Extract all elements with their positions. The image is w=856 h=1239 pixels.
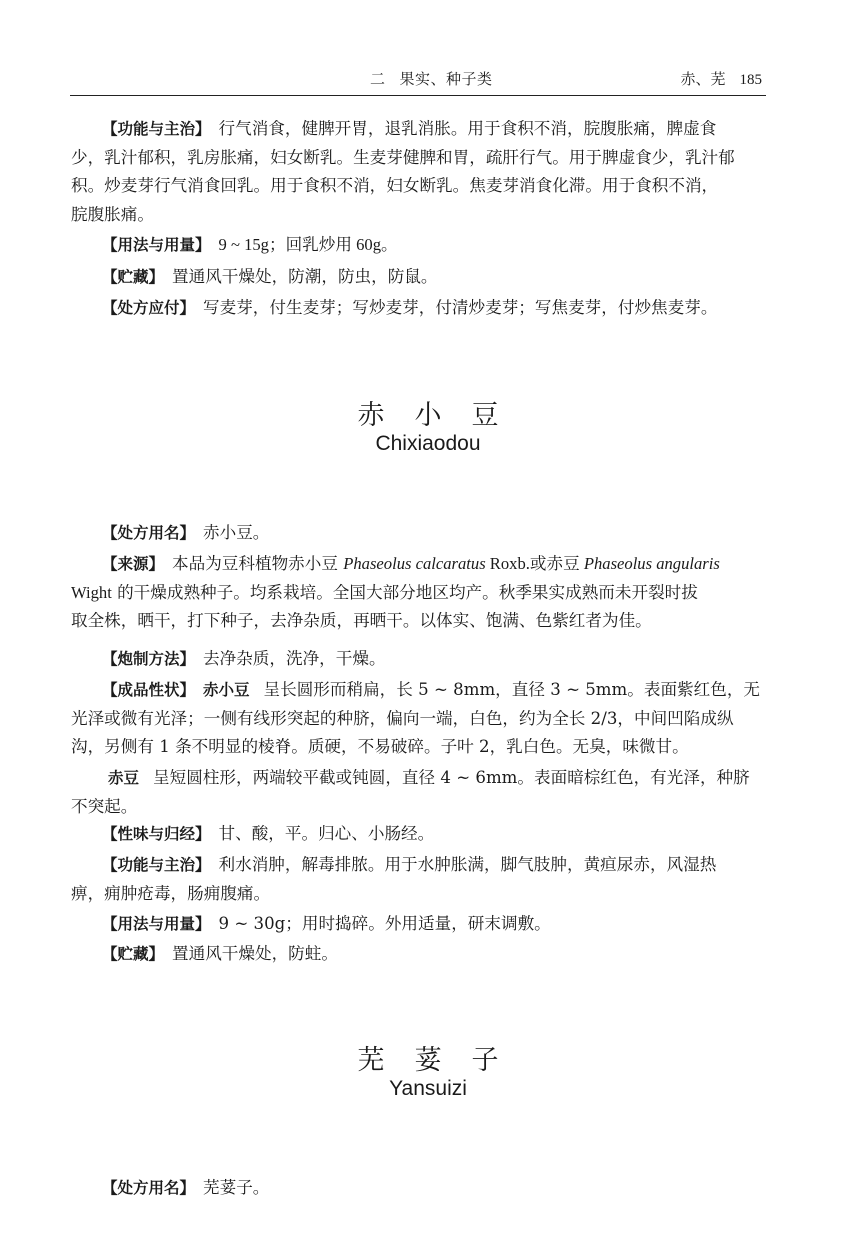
functions-paragraph: 【功能与主治】利水消肿，解毒排脓。用于水肿胀满，脚气肢肿，黄疸尿赤，风湿热 痹，…: [98, 851, 788, 908]
entry-pinyin: Yansuizi: [0, 1077, 856, 1101]
field-label: 【用法与用量】: [102, 915, 211, 933]
section-number: 二: [370, 70, 386, 88]
field-label: 【贮藏】: [102, 268, 164, 286]
page-number: 185: [740, 72, 763, 88]
running-title: 赤、芜185: [680, 68, 762, 89]
running-header: 二果实、种子类 赤、芜185: [70, 62, 766, 96]
processing-paragraph: 【炮制方法】去净杂质，洗净，干燥。: [98, 645, 788, 674]
running-title-text: 赤、芜: [680, 70, 725, 88]
field-label: 【炮制方法】: [102, 650, 195, 668]
prescription-name-paragraph: 【处方用名】赤小豆。: [98, 519, 788, 548]
field-label: 【用法与用量】: [102, 236, 211, 254]
prev-storage-paragraph: 【贮藏】置通风干燥处，防潮，防虫，防鼠。: [98, 263, 788, 292]
paragraph-line: 积。炒麦芽行气消食回乳。用于食积不消，妇女断乳。焦麦芽消食化滞。用于食积不消，: [71, 172, 788, 201]
storage-paragraph: 【贮藏】置通风干燥处，防蛀。: [98, 940, 788, 969]
field-label: 【功能与主治】: [102, 120, 211, 138]
paragraph-line: 脘腹胀痛。: [71, 201, 788, 230]
entry-title: 赤小豆: [0, 393, 856, 432]
prev-functions-paragraph: 【功能与主治】行气消食，健脾开胃，退乳消胀。用于食积不消，脘腹胀痛，脾虚食 少，…: [98, 115, 788, 229]
section-title: 果实、种子类: [400, 70, 493, 88]
field-label: 【性味与归经】: [102, 825, 211, 843]
characteristics-paragraph: 【成品性状】赤小豆呈长圆形而稍扁，长 5 ~ 8mm，直径 3 ~ 5mm。表面…: [98, 676, 788, 762]
latin-name: Phaseolus angularis: [584, 554, 720, 573]
prev-prescription-paragraph: 【处方应付】写麦芽，付生麦芽；写炒麦芽，付清炒麦芽；写焦麦芽，付炒焦麦芽。: [98, 294, 788, 323]
section-heading: 二果实、种子类: [370, 68, 493, 89]
field-label: 【成品性状】: [102, 681, 195, 699]
field-label: 【处方应付】: [102, 299, 195, 317]
nature-paragraph: 【性味与归经】甘、酸，平。归心、小肠经。: [98, 820, 788, 849]
entry-pinyin: Chixiaodou: [0, 432, 856, 456]
prev-usage-paragraph: 【用法与用量】9 ~ 15g；回乳炒用 60g。: [98, 231, 788, 260]
field-label: 【处方用名】: [102, 524, 195, 542]
paragraph-line: 少，乳汁郁积，乳房胀痛，妇女断乳。生麦芽健脾和胃，疏肝行气。用于脾虚食少，乳汁郁: [71, 144, 788, 173]
field-label: 【功能与主治】: [102, 856, 211, 874]
field-label: 【来源】: [102, 555, 164, 573]
header-rule: [70, 95, 766, 97]
characteristics-sub2-paragraph: 赤豆呈短圆柱形，两端较平截或钝圆，直径 4 ~ 6mm。表面暗棕红色，有光泽，种…: [98, 764, 788, 821]
latin-name: Phaseolus calcaratus: [343, 554, 485, 573]
entry-title: 芜荽子: [0, 1038, 856, 1077]
prescription-name-paragraph: 【处方用名】芜荽子。: [98, 1174, 788, 1203]
source-paragraph: 【来源】本品为豆科植物赤小豆 Phaseolus calcaratus Roxb…: [98, 550, 788, 636]
field-label: 【贮藏】: [102, 945, 164, 963]
sub-label: 赤豆: [108, 769, 139, 787]
paragraph-line: 【功能与主治】行气消食，健脾开胃，退乳消胀。用于食积不消，脘腹胀痛，脾虚食: [98, 115, 788, 144]
usage-paragraph: 【用法与用量】9 ~ 30g；用时捣碎。外用适量，研末调敷。: [98, 910, 788, 939]
field-label: 【处方用名】: [102, 1179, 195, 1197]
sub-label: 赤小豆: [203, 681, 250, 699]
